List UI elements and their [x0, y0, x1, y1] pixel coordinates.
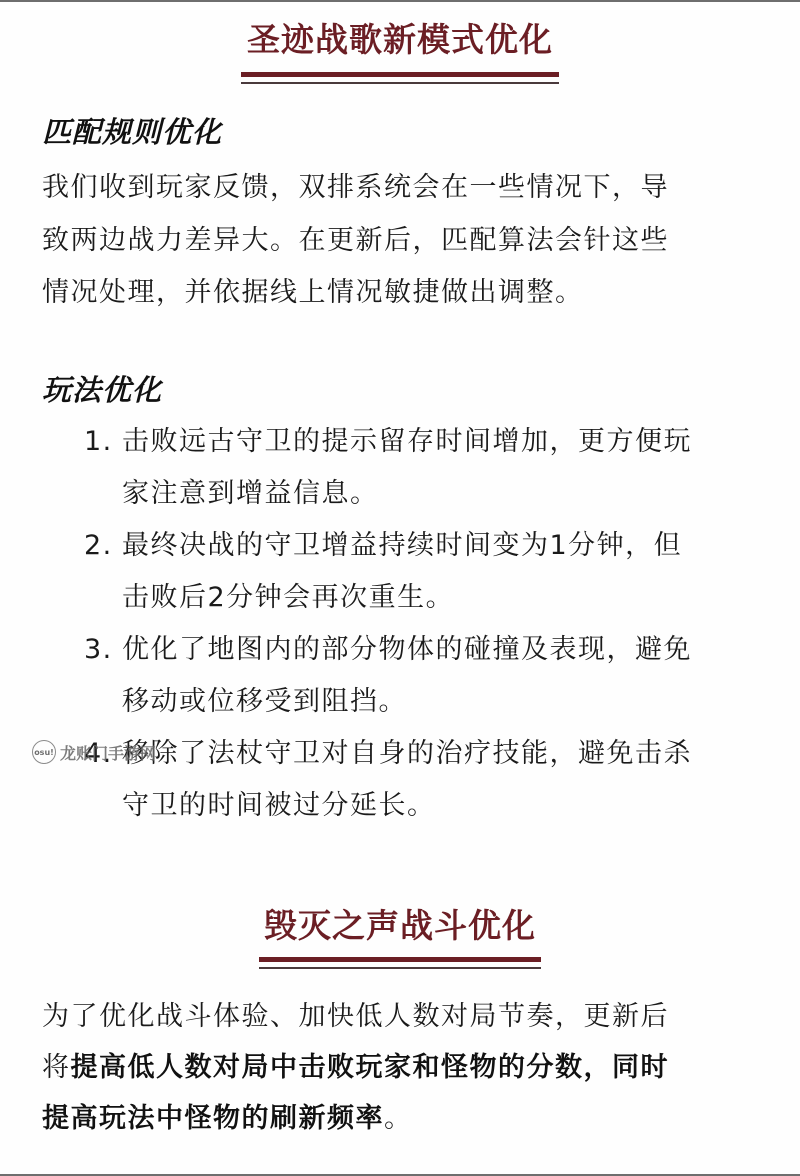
list-item: 1. 击败远古守卫的提示留存时间增加，更方便玩 家注意到增益信息。	[84, 416, 774, 520]
underline-thick	[241, 72, 559, 77]
title-underline	[259, 957, 541, 969]
paragraph-line: 致两边战力差异大。在更新后，匹配算法会针这些	[42, 215, 762, 268]
list-line: 击败后2分钟会再次重生。	[84, 572, 774, 624]
paragraph-line: 情况处理，并依据线上情况敏捷做出调整。	[42, 267, 762, 320]
list-line: 守卫的时间被过分延长。	[84, 780, 774, 832]
list-number: 2.	[84, 520, 113, 572]
list-item: 3. 优化了地图内的部分物体的碰撞及表现，避免 移动或位移受到阻挡。	[84, 624, 774, 728]
section-title-text: 毁灭之声战斗优化	[264, 906, 536, 946]
match-rules-paragraph: 我们收到玩家反馈，双排系统会在一些情况下，导 致两边战力差异大。在更新后，匹配算…	[42, 162, 762, 320]
underline-thick	[259, 957, 541, 962]
underline-thin	[241, 82, 559, 84]
list-number: 1.	[84, 416, 113, 468]
list-item: 4. 移除了法杖守卫对自身的治疗技能，避免击杀 守卫的时间被过分延长。	[84, 728, 774, 832]
list-line: 优化了地图内的部分物体的碰撞及表现，避免	[84, 624, 774, 676]
watermark-text: 龙账门手游网	[60, 741, 156, 764]
gameplay-list: 1. 击败远古守卫的提示留存时间增加，更方便玩 家注意到增益信息。 2. 最终决…	[84, 416, 774, 832]
section-title-text: 圣迹战歌新模式优化	[247, 20, 553, 60]
bold-text: 提高低人数对局中击败玩家和怪物的分数，同时	[71, 1052, 670, 1083]
section-title-huimie: 毁灭之声战斗优化	[0, 906, 800, 946]
paragraph-line: 提高玩法中怪物的刷新频率。	[42, 1093, 762, 1144]
paragraph-line: 我们收到玩家反馈，双排系统会在一些情况下，导	[42, 162, 762, 215]
list-line: 移除了法杖守卫对自身的治疗技能，避免击杀	[84, 728, 774, 780]
list-line: 最终决战的守卫增益持续时间变为1分钟，但	[84, 520, 774, 572]
list-number: 3.	[84, 624, 113, 676]
list-item: 2. 最终决战的守卫增益持续时间变为1分钟，但 击败后2分钟会再次重生。	[84, 520, 774, 624]
title-underline	[241, 72, 559, 84]
list-line: 击败远古守卫的提示留存时间增加，更方便玩	[84, 416, 774, 468]
osu-logo-icon: osu!	[32, 740, 56, 764]
subheading-gameplay: 玩法优化	[42, 372, 162, 408]
subheading-match-rules: 匹配规则优化	[42, 114, 222, 150]
bold-text: 提高玩法中怪物的刷新频率	[42, 1103, 384, 1134]
plain-text: 。	[384, 1103, 413, 1134]
section-title-shengji: 圣迹战歌新模式优化	[0, 20, 800, 60]
paragraph-line: 为了优化战斗体验、加快低人数对局节奏，更新后	[42, 991, 762, 1042]
underline-thin	[259, 967, 541, 969]
watermark: osu! 龙账门手游网	[32, 740, 156, 764]
list-line: 移动或位移受到阻挡。	[84, 676, 774, 728]
combat-paragraph: 为了优化战斗体验、加快低人数对局节奏，更新后 将提高低人数对局中击败玩家和怪物的…	[42, 991, 762, 1144]
plain-text: 将	[42, 1052, 71, 1083]
paragraph-line: 将提高低人数对局中击败玩家和怪物的分数，同时	[42, 1042, 762, 1093]
list-line: 家注意到增益信息。	[84, 468, 774, 520]
